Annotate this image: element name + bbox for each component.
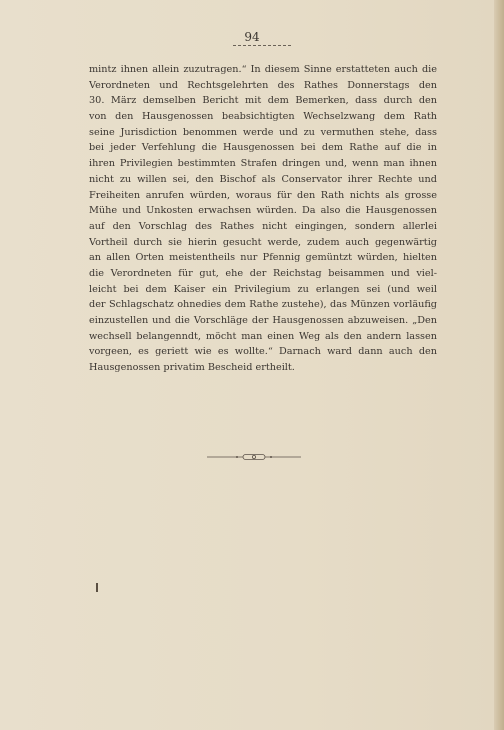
book-page: 94 mintz ihnen allein zuzutragen.“ In di…: [0, 0, 494, 730]
body-paragraph: mintz ihnen allein zuzutragen.“ In diese…: [89, 62, 437, 376]
text-line: wechsell belangenndt, möcht man einen We…: [89, 329, 437, 345]
text-line: leicht bei dem Kaiser ein Privilegium zu…: [89, 282, 437, 298]
text-line: 30. März demselben Bericht mit dem Bemer…: [89, 93, 437, 109]
text-line: Mühe und Unkosten erwachsen würden. Da a…: [89, 203, 437, 219]
page-number: 94: [0, 30, 504, 44]
section-divider-ornament-icon: [207, 453, 301, 461]
text-line: seine Jurisdiction benommen werde und zu…: [89, 125, 437, 141]
page-edge: [494, 0, 504, 730]
text-line: Vortheil durch sie hierin gesucht werde,…: [89, 235, 437, 251]
text-line: nicht zu willen sei, den Bischof als Con…: [89, 172, 437, 188]
text-line: Freiheiten anrufen würden, woraus für de…: [89, 188, 437, 204]
text-line: Verordneten und Rechtsgelehrten des Rath…: [89, 78, 437, 94]
text-line: ihren Privilegien bestimmten Strafen dri…: [89, 156, 437, 172]
page-number-rule: [233, 45, 291, 46]
text-line: auf den Vorschlag des Rathes nicht eingi…: [89, 219, 437, 235]
text-line: die Verordneten für gut, ehe der Reichst…: [89, 266, 437, 282]
text-line: bei jeder Verfehlung die Hausgenossen be…: [89, 140, 437, 156]
text-line: einzustellen und die Vorschläge der Haus…: [89, 313, 437, 329]
text-line: vorgeen, es geriett wie es wollte.“ Darn…: [89, 344, 437, 360]
text-line: von den Hausgenossen beabsichtigten Wech…: [89, 109, 437, 125]
stray-ink-mark: [96, 583, 98, 592]
text-line: mintz ihnen allein zuzutragen.“ In diese…: [89, 62, 437, 78]
text-line: an allen Orten meistentheils nur Pfennig…: [89, 250, 437, 266]
text-line: der Schlagschatz ohnedies dem Rathe zust…: [89, 297, 437, 313]
text-line: Hausgenossen privatim Bescheid ertheilt.: [89, 360, 437, 376]
